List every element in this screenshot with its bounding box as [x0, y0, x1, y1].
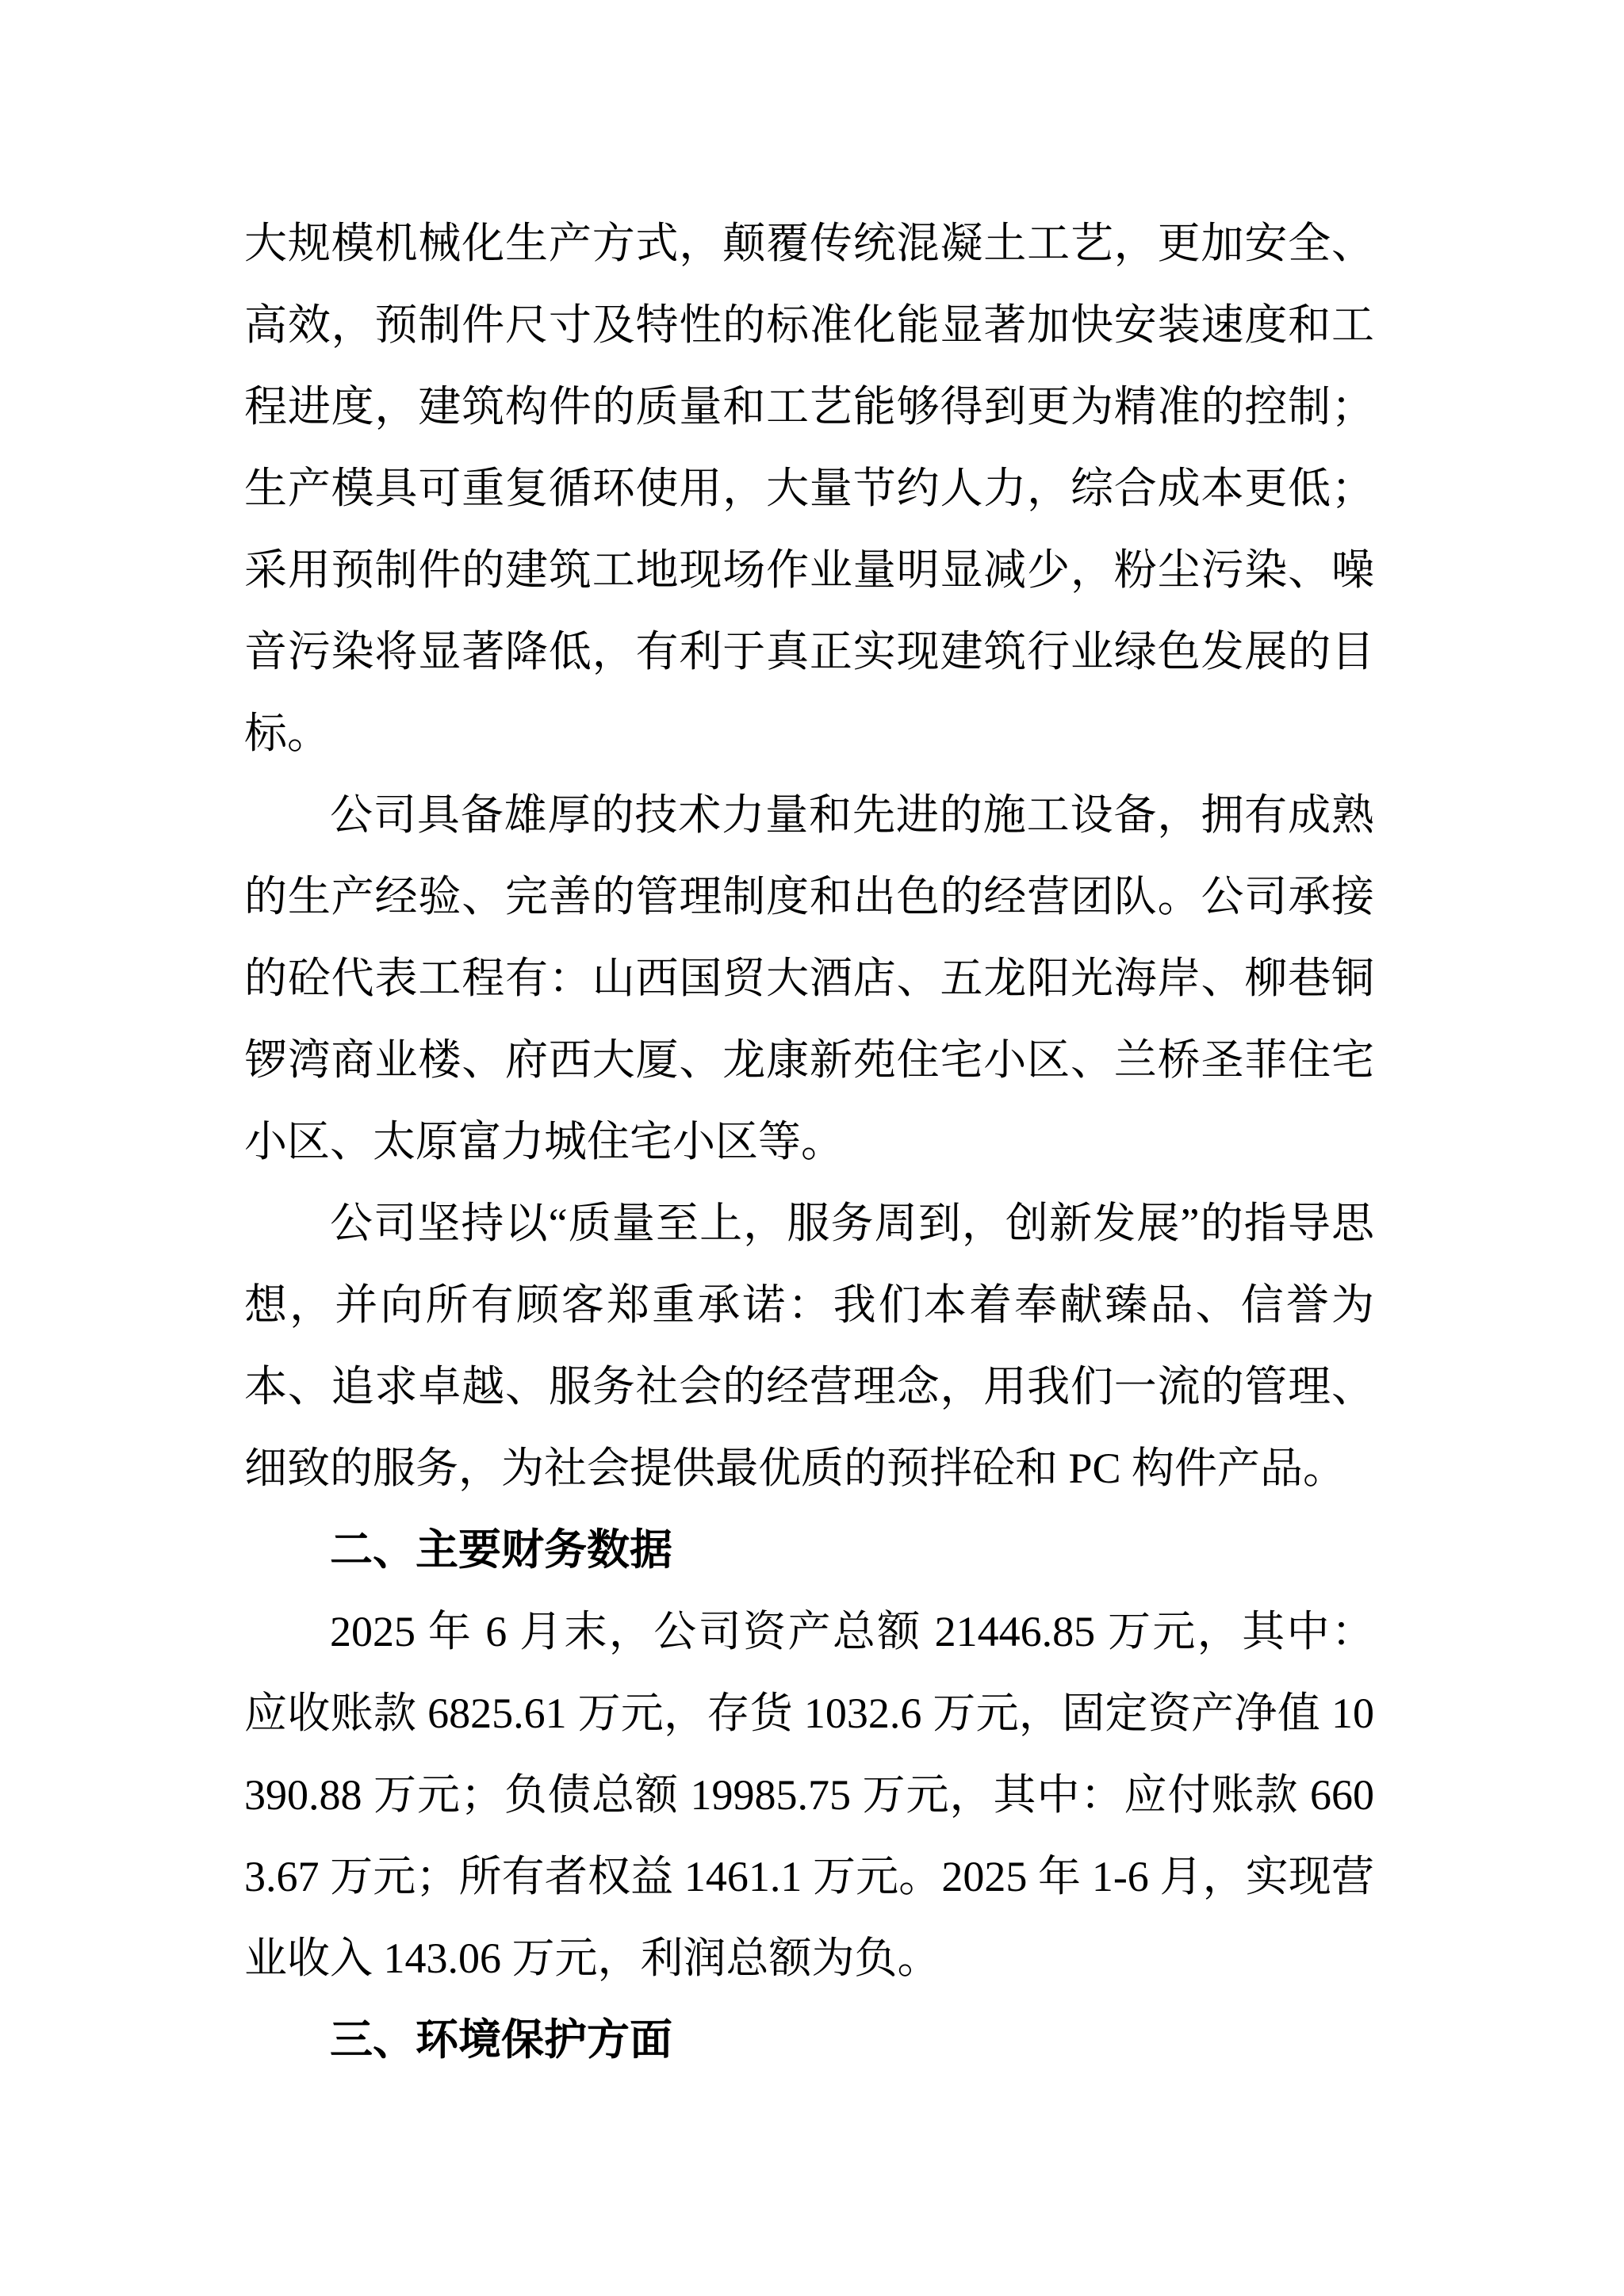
- paragraph-financial-figures: 2025 年 6 月末，公司资产总额 21446.85 万元，其中：应收账款 6…: [244, 1591, 1374, 1999]
- heading-financial-data: 二、主要财务数据: [244, 1510, 1374, 1591]
- heading-environmental-protection: 三、环境保护方面: [244, 1999, 1374, 2081]
- paragraph-production-advantages: 大规模机械化生产方式，颠覆传统混凝土工艺，更加安全、高效，预制件尺寸及特性的标准…: [244, 203, 1374, 775]
- paragraph-company-commitment: 公司坚持以“质量至上，服务周到，创新发展”的指导思想，并向所有顾客郑重承诺：我们…: [244, 1183, 1374, 1510]
- document-body: 大规模机械化生产方式，颠覆传统混凝土工艺，更加安全、高效，预制件尺寸及特性的标准…: [244, 203, 1374, 2081]
- paragraph-company-strength: 公司具备雄厚的技术力量和先进的施工设备，拥有成熟的生产经验、完善的管理制度和出色…: [244, 775, 1374, 1183]
- document-page: 大规模机械化生产方式，颠覆传统混凝土工艺，更加安全、高效，预制件尺寸及特性的标准…: [0, 0, 1624, 2296]
